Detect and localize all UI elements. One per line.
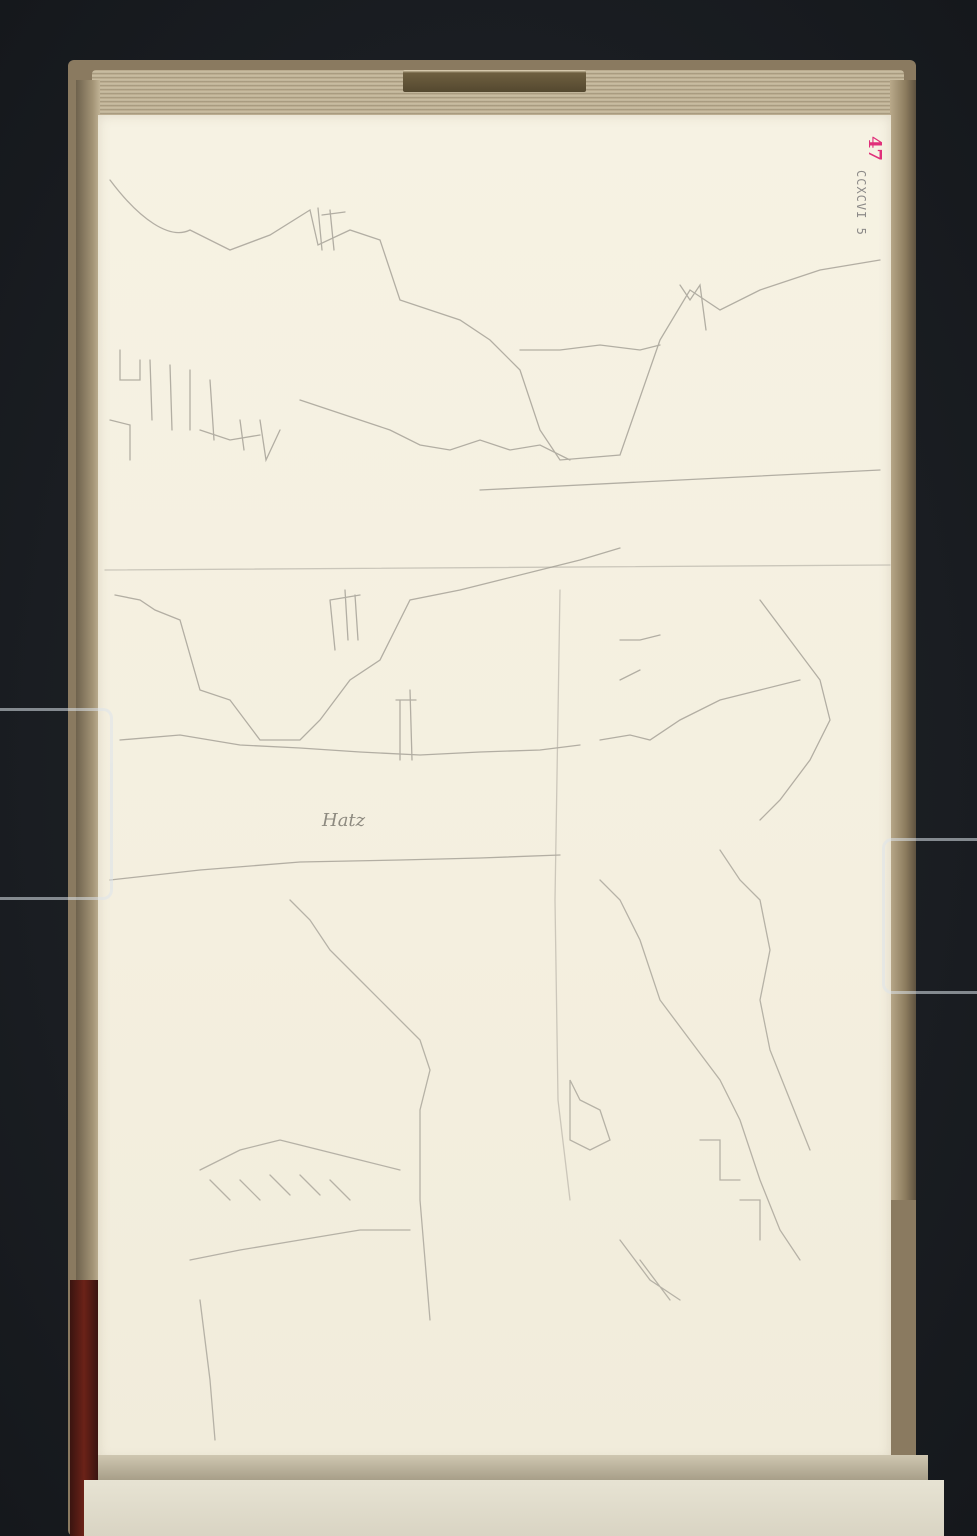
handwritten-annotation: Hatz [322,810,365,831]
catalogue-stamp: CCXCVI 5 [854,170,868,236]
vertical-sketch-line [555,590,570,1200]
elastic-band-left [0,708,113,900]
middle-sketch [110,548,830,880]
bottom-sketch [190,850,810,1440]
top-sketch [110,180,880,490]
elastic-band-right [882,838,977,994]
pink-page-number: 47 [864,136,885,161]
sketch-divider-line [105,565,890,570]
pencil-sketches [0,0,977,1536]
